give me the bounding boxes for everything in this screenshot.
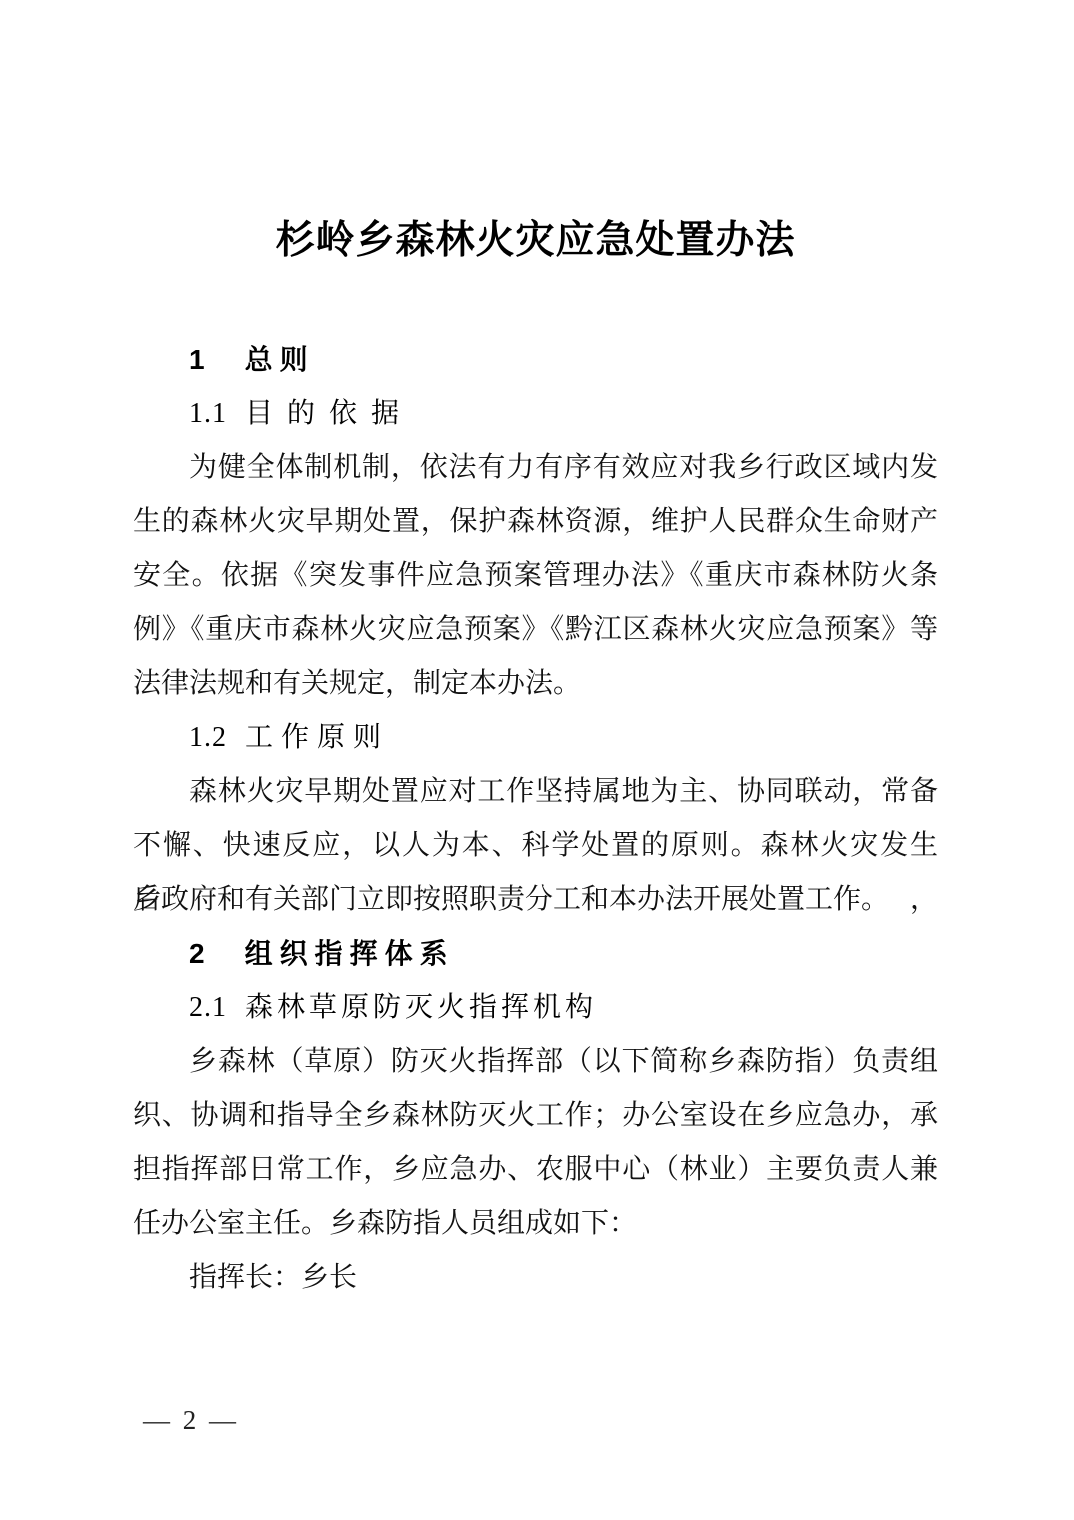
commander-line: 指挥长：乡长 (133, 1251, 938, 1305)
body-line: 乡森林（草原）防灭火指挥部（以下简称乡森防指）负责组 (133, 1035, 938, 1089)
section-number: 1.1 (189, 398, 227, 429)
body-line: 不懈、快速反应，以人为本、科学处置的原则。森林火灾发生后， (133, 819, 938, 873)
section-title: 森林草原防灭火指挥机构 (245, 992, 597, 1023)
body-line: 乡政府和有关部门立即按照职责分工和本办法开展处置工作。 (133, 873, 938, 927)
body-line: 法律法规和有关规定，制定本办法。 (133, 657, 938, 711)
section-title: 目的依据 (245, 398, 413, 429)
section-heading-1-2: 1.2工作原则 (133, 711, 938, 765)
body-line: 森林火灾早期处置应对工作坚持属地为主、协同联动，常备 (133, 765, 938, 819)
body-line: 生的森林火灾早期处置，保护森林资源，维护人民群众生命财产 (133, 495, 938, 549)
chapter-number: 2 (189, 938, 205, 969)
body-line: 为健全体制机制，依法有力有序有效应对我乡行政区域内发 (133, 441, 938, 495)
chapter-heading-1: 1总则 (133, 333, 938, 387)
section-heading-2-1: 2.1森林草原防灭火指挥机构 (133, 981, 938, 1035)
chapter-title: 组织指挥体系 (245, 938, 455, 969)
chapter-heading-2: 2组织指挥体系 (133, 927, 938, 981)
document-body: 1总则 1.1目的依据 为健全体制机制，依法有力有序有效应对我乡行政区域内发 生… (133, 333, 938, 1305)
document-page: 杉岭乡森林火灾应急处置办法 1总则 1.1目的依据 为健全体制机制，依法有力有序… (0, 0, 1074, 1520)
chapter-title: 总则 (245, 344, 315, 375)
footer-page-number: — 2 — (143, 1400, 239, 1440)
document-title: 杉岭乡森林火灾应急处置办法 (133, 214, 938, 268)
body-line: 任办公室主任。乡森防指人员组成如下： (133, 1197, 938, 1251)
body-line: 例》《重庆市森林火灾应急预案》《黔江区森林火灾应急预案》等 (133, 603, 938, 657)
section-heading-1-1: 1.1目的依据 (133, 387, 938, 441)
body-line: 安全。依据《突发事件应急预案管理办法》《重庆市森林防火条 (133, 549, 938, 603)
body-line: 担指挥部日常工作，乡应急办、农服中心（林业）主要负责人兼 (133, 1143, 938, 1197)
chapter-number: 1 (189, 344, 205, 375)
body-line: 织、协调和指导全乡森林防灭火工作；办公室设在乡应急办，承 (133, 1089, 938, 1143)
section-title: 工作原则 (245, 722, 389, 753)
section-number: 2.1 (189, 992, 227, 1023)
section-number: 1.2 (189, 722, 227, 753)
